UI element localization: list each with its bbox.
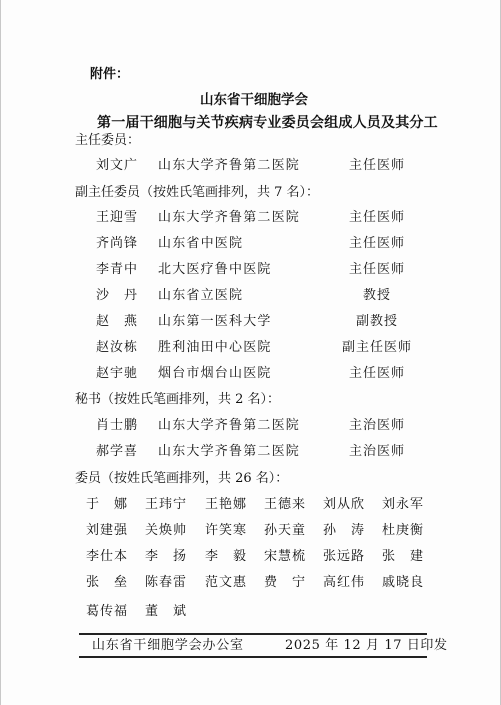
member-name: 王艳娜	[205, 497, 247, 513]
member-name: 董 斌	[145, 604, 187, 620]
footer-rule-bottom	[79, 656, 427, 658]
person-org: 山东大学齐鲁第二医院	[158, 210, 300, 226]
attachment-label: 附件：	[90, 67, 129, 83]
person-title: 主治医师	[332, 444, 422, 460]
member-name: 刘永军	[382, 497, 424, 513]
footer-issuer: 山东省干细胞学会办公室	[92, 638, 244, 654]
person-org: 山东省立医院	[158, 288, 243, 304]
person-name: 王迎雪	[96, 210, 138, 226]
person-org: 山东第一医科大学	[158, 314, 272, 330]
member-name: 李仕本	[86, 549, 128, 565]
person-org: 山东大学齐鲁第二医院	[158, 418, 300, 434]
person-title: 主治医师	[332, 418, 422, 434]
section-heading-chair: 主任委员：	[75, 133, 140, 149]
person-title: 主任医师	[332, 366, 422, 382]
person-name: 赵 燕	[96, 314, 138, 330]
person-org: 山东大学齐鲁第二医院	[158, 158, 300, 174]
footer-date: 2025 年 12 月 17 日印发	[285, 638, 448, 654]
section-heading-vice-chairs: 副主任委员（按姓氏笔画排列，共 7 名）：	[75, 185, 319, 201]
member-name: 宋慧梳	[264, 549, 306, 565]
member-name: 费 宁	[264, 575, 306, 591]
footer-rule-top	[79, 633, 427, 635]
person-name: 刘文广	[96, 158, 138, 174]
person-title: 主任医师	[332, 158, 422, 174]
member-name: 戚晓良	[382, 575, 424, 591]
person-title: 主任医师	[332, 210, 422, 226]
member-name: 张 建	[382, 549, 424, 565]
person-org: 胜利油田中心医院	[158, 340, 272, 356]
member-name: 张远路	[323, 549, 365, 565]
person-title: 副主任医师	[332, 340, 422, 356]
member-name: 关焕帅	[145, 523, 187, 539]
member-name: 高红伟	[323, 575, 365, 591]
member-name: 杜庚衡	[382, 523, 424, 539]
member-name: 许笑寒	[205, 523, 247, 539]
document-title-main: 第一届干细胞与关节疾病专业委员会组成人员及其分工	[97, 115, 438, 131]
person-name: 肖士鹏	[96, 418, 138, 434]
member-name: 刘建强	[86, 523, 128, 539]
member-name: 刘从欣	[323, 497, 365, 513]
section-heading-members: 委员（按姓氏笔画排列，共 26 名）：	[75, 471, 288, 487]
person-name: 郝学喜	[96, 444, 138, 460]
person-name: 李青中	[96, 262, 138, 278]
person-title: 主任医师	[332, 236, 422, 252]
member-name: 陈春雷	[145, 575, 187, 591]
member-name: 葛传福	[86, 604, 128, 620]
member-name: 孙天童	[264, 523, 306, 539]
document-page: 附件： 山东省干细胞学会 第一届干细胞与关节疾病专业委员会组成人员及其分工 主任…	[0, 0, 501, 705]
person-title: 主任医师	[332, 262, 422, 278]
person-title: 教授	[332, 288, 422, 304]
person-org: 北大医疗鲁中医院	[158, 262, 272, 278]
person-org: 烟台市烟台山医院	[158, 366, 272, 382]
person-name: 沙 丹	[96, 288, 138, 304]
member-name: 张 垒	[86, 575, 128, 591]
member-name: 孙 涛	[323, 523, 365, 539]
person-title: 副教授	[332, 314, 422, 330]
member-name: 李 扬	[145, 549, 187, 565]
person-name: 赵宇驰	[96, 366, 138, 382]
member-name: 于 娜	[86, 497, 128, 513]
person-org: 山东省中医院	[158, 236, 243, 252]
section-heading-secretaries: 秘书（按姓氏笔画排列，共 2 名）：	[75, 392, 280, 408]
member-name: 王德来	[264, 497, 306, 513]
person-name: 赵汝栋	[96, 340, 138, 356]
person-name: 齐尚锋	[96, 236, 138, 252]
person-org: 山东大学齐鲁第二医院	[158, 444, 300, 460]
member-name: 李 毅	[205, 549, 247, 565]
document-title-org: 山东省干细胞学会	[200, 92, 308, 108]
member-name: 王玮宁	[145, 497, 187, 513]
member-name: 范文惠	[205, 575, 247, 591]
